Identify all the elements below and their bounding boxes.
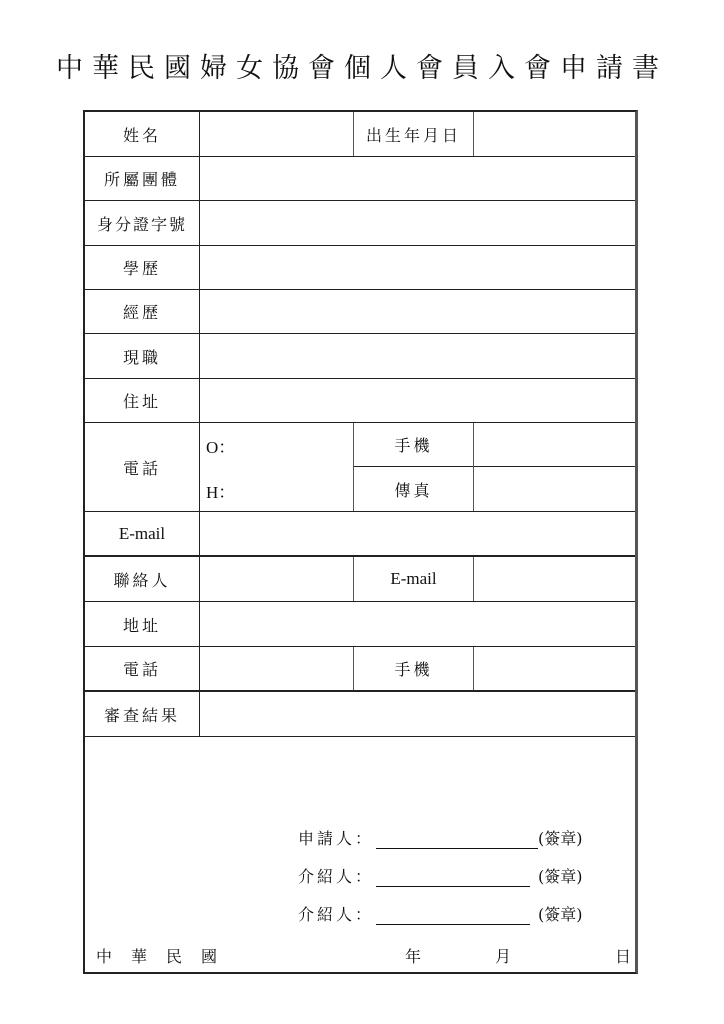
row-id-number: 身分證字號 — [85, 201, 635, 246]
address-field[interactable] — [200, 379, 635, 422]
birthdate-label: 出生年月日 — [354, 112, 474, 156]
signature-referrer-2: 介紹人： (簽章) — [298, 902, 583, 925]
phone-label: 電話 — [85, 423, 200, 511]
signature-label: 介紹人： — [298, 864, 374, 887]
home-phone-prefix: H： — [206, 478, 235, 503]
office-phone-prefix: O： — [206, 433, 235, 458]
review-field[interactable] — [200, 692, 635, 736]
group-label: 所屬團體 — [85, 157, 200, 200]
signature-line[interactable] — [376, 830, 538, 849]
row-name: 姓名 出生年月日 — [85, 112, 635, 157]
fax-field[interactable] — [474, 467, 635, 511]
signature-line[interactable] — [376, 868, 530, 887]
education-label: 學歷 — [85, 246, 200, 289]
birthdate-field[interactable] — [474, 112, 635, 156]
email-label: E-mail — [85, 512, 200, 555]
contact-address-label: 地址 — [85, 602, 200, 646]
row-email: E-mail — [85, 512, 635, 557]
id-number-field[interactable] — [200, 201, 635, 245]
date-month: 月 — [495, 944, 511, 967]
current-job-label: 現職 — [85, 334, 200, 378]
current-job-field[interactable] — [200, 334, 635, 378]
contact-label: 聯絡人 — [85, 557, 200, 601]
row-contact: 聯絡人 E-mail — [85, 557, 635, 602]
row-phone: 電話 O： H： 手機 傳真 — [85, 423, 635, 512]
group-field[interactable] — [200, 157, 635, 200]
experience-field[interactable] — [200, 290, 635, 333]
row-contact-address: 地址 — [85, 602, 635, 647]
phone-field[interactable]: O： H： — [200, 423, 354, 511]
row-address: 住址 — [85, 379, 635, 423]
contact-mobile-field[interactable] — [474, 647, 635, 690]
contact-email-label: E-mail — [354, 557, 474, 601]
date-era-3: 民 — [166, 944, 182, 967]
signature-line[interactable] — [376, 906, 530, 925]
contact-mobile-label: 手機 — [354, 647, 474, 690]
fax-label: 傳真 — [354, 467, 473, 511]
contact-address-field[interactable] — [200, 602, 635, 646]
name-label: 姓名 — [85, 112, 200, 156]
education-field[interactable] — [200, 246, 635, 289]
date-day: 日 — [615, 944, 631, 967]
signature-referrer-1: 介紹人： (簽章) — [298, 864, 583, 887]
seal-label: (簽章) — [538, 864, 583, 887]
row-education: 學歷 — [85, 246, 635, 290]
id-number-label: 身分證字號 — [85, 201, 200, 245]
date-era-1: 中 — [96, 944, 112, 967]
row-review: 審查結果 — [85, 692, 635, 737]
contact-phone-field[interactable] — [200, 647, 354, 690]
mobile-fax-fields — [474, 423, 635, 511]
mobile-fax-labels: 手機 傳真 — [354, 423, 474, 511]
row-current-job: 現職 — [85, 334, 635, 379]
signature-label: 申請人： — [298, 826, 374, 849]
signature-label: 介紹人： — [298, 902, 374, 925]
date-era-4: 國 — [201, 944, 217, 967]
date-era-2: 華 — [131, 944, 147, 967]
row-experience: 經歷 — [85, 290, 635, 334]
contact-email-field[interactable] — [474, 557, 635, 601]
name-field[interactable] — [200, 112, 354, 156]
seal-label: (簽章) — [538, 902, 583, 925]
application-form: 姓名 出生年月日 所屬團體 身分證字號 學歷 經歷 現職 住址 電話 O： H：… — [83, 110, 638, 974]
experience-label: 經歷 — [85, 290, 200, 333]
row-contact-phone: 電話 手機 — [85, 647, 635, 692]
date-year: 年 — [405, 944, 421, 967]
mobile-field[interactable] — [474, 423, 635, 467]
review-label: 審查結果 — [85, 692, 200, 736]
page-title: 中華民國婦女協會個人會員入會申請書 — [0, 46, 724, 85]
row-group: 所屬團體 — [85, 157, 635, 201]
signature-applicant: 申請人： (簽章) — [298, 826, 583, 849]
contact-field[interactable] — [200, 557, 354, 601]
seal-label: (簽章) — [538, 826, 583, 849]
mobile-label: 手機 — [354, 423, 473, 467]
address-label: 住址 — [85, 379, 200, 422]
contact-phone-label: 電話 — [85, 647, 200, 690]
email-field[interactable] — [200, 512, 635, 555]
